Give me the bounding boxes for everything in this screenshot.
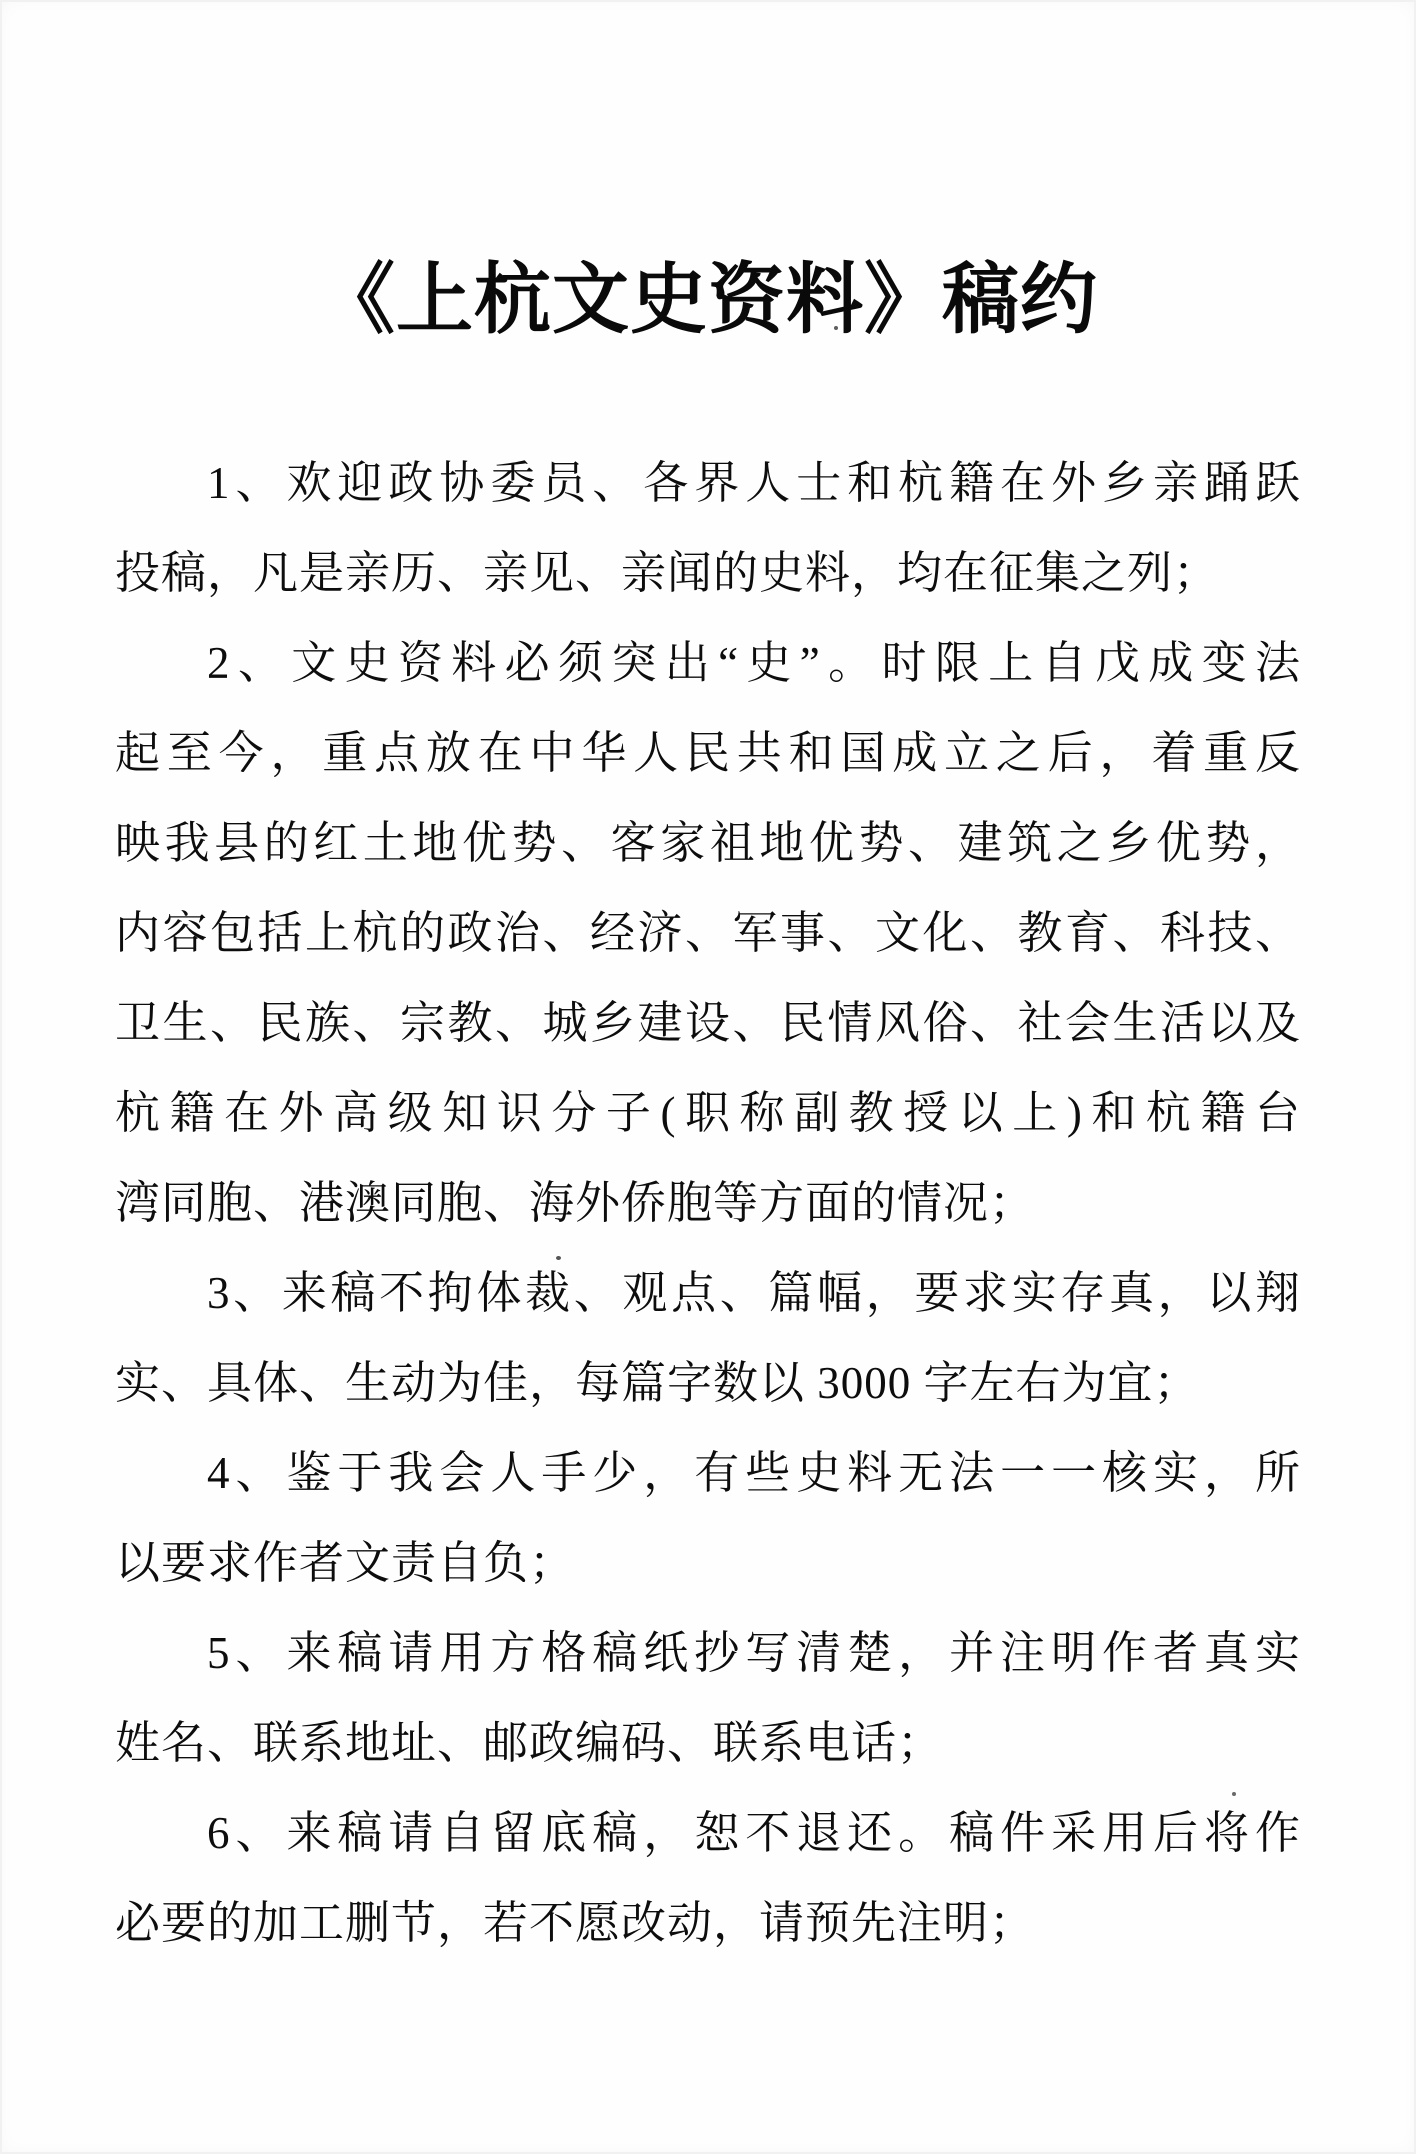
text-line: 实、具体、生动为佳，每篇字数以 3000 字左右为宜； [115,1338,1301,1428]
text-line: 以要求作者文责自负； [115,1518,1301,1608]
scan-speck [1232,1792,1236,1796]
text-line: 1、欢迎政协委员、各界人士和杭籍在外乡亲踊跃 [115,438,1301,528]
scanned-page: 《上杭文史资料》稿约 1、欢迎政协委员、各界人士和杭籍在外乡亲踊跃投稿，凡是亲历… [0,0,1416,2154]
text-line: 内容包括上杭的政治、经济、军事、文化、教育、科技、 [115,888,1301,978]
text-line: 5、来稿请用方格稿纸抄写清楚，并注明作者真实 [115,1608,1301,1698]
text-line: 必要的加工删节，若不愿改动，请预先注明； [115,1878,1301,1968]
text-line: 映我县的红土地优势、客家祖地优势、建筑之乡优势， [115,798,1301,888]
text-line: 投稿，凡是亲历、亲见、亲闻的史料，均在征集之列； [115,528,1301,618]
text-line: 3、来稿不拘体裁、观点、篇幅，要求实存真，以翔 [115,1248,1301,1338]
text-line: 2、文史资料必须突出“史”。时限上自戊成变法 [115,618,1301,708]
text-line: 6、来稿请自留底稿，恕不退还。稿件采用后将作 [115,1788,1301,1878]
text-line: 姓名、联系地址、邮政编码、联系电话； [115,1698,1301,1788]
scan-speck [556,1256,561,1260]
text-line: 卫生、民族、宗教、城乡建设、民情风俗、社会生活以及 [115,978,1301,1068]
text-line: 4、鉴于我会人手少，有些史料无法一一核实，所 [115,1428,1301,1518]
text-line: 湾同胞、港澳同胞、海外侨胞等方面的情况； [115,1158,1301,1248]
text-line: 起至今，重点放在中华人民共和国成立之后，着重反 [115,708,1301,798]
document-body: 1、欢迎政协委员、各界人士和杭籍在外乡亲踊跃投稿，凡是亲历、亲见、亲闻的史料，均… [115,438,1301,1968]
document-title: 《上杭文史资料》稿约 [0,238,1416,349]
scan-speck [834,326,838,330]
text-line: 杭籍在外高级知识分子(职称副教授以上)和杭籍台 [115,1068,1301,1158]
